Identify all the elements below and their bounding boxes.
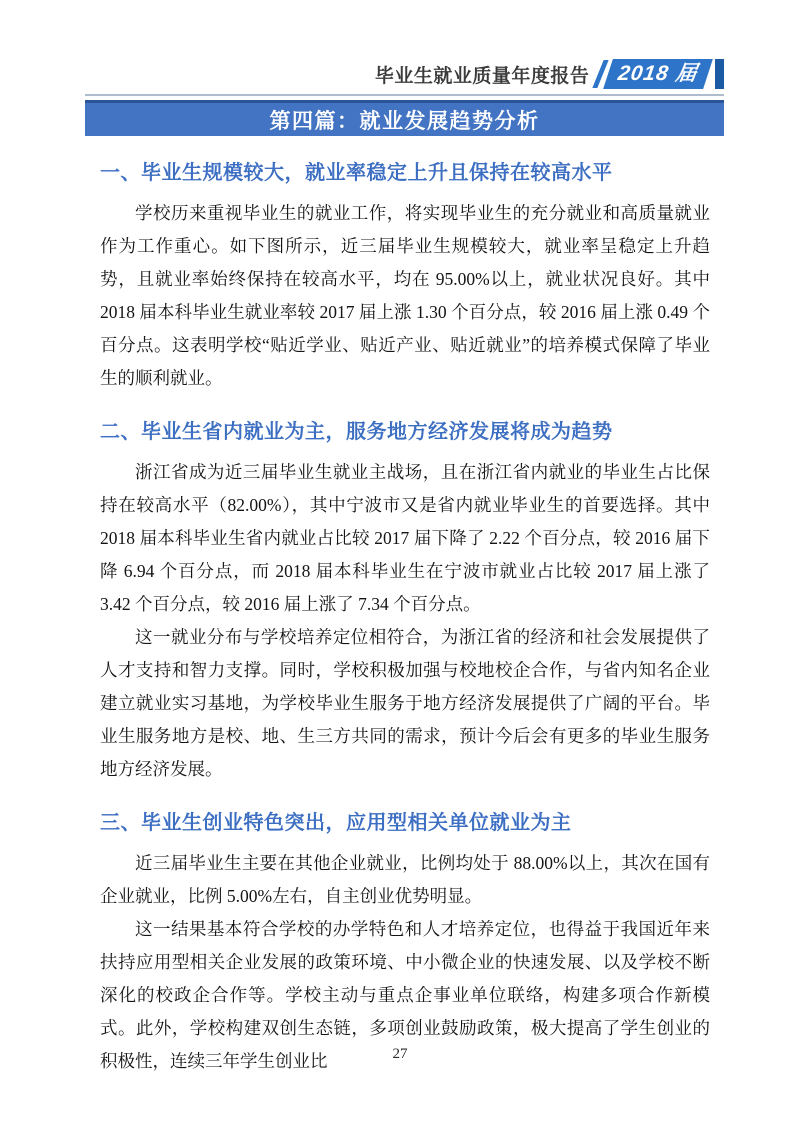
- section-heading: 一、毕业生规模较大，就业率稳定上升且保持在较高水平: [100, 161, 710, 186]
- header-end-bar-icon: [715, 59, 724, 89]
- report-page: 毕业生就业质量年度报告 2018 届 第四篇：就业发展趋势分析 一、毕业生规模较…: [0, 0, 800, 1133]
- page-footer: 27: [0, 1045, 800, 1063]
- paragraph: 这一就业分布与学校培养定位相符合，为浙江省的经济和社会发展提供了人才支持和智力支…: [100, 621, 710, 786]
- header-title: 毕业生就业质量年度报告: [375, 61, 590, 88]
- year-badge: 2018 届: [604, 59, 713, 89]
- section-provincial-employment: 二、毕业生省内就业为主，服务地方经济发展将成为趋势 浙江省成为近三届毕业生就业主…: [100, 420, 710, 786]
- section-heading: 三、毕业生创业特色突出，应用型相关单位就业为主: [100, 811, 710, 836]
- page-number: 27: [393, 1046, 408, 1062]
- header-rule: [85, 94, 724, 96]
- section-heading: 二、毕业生省内就业为主，服务地方经济发展将成为趋势: [100, 420, 710, 445]
- page-header: 毕业生就业质量年度报告 2018 届: [85, 58, 724, 90]
- section-entrepreneurship: 三、毕业生创业特色突出，应用型相关单位就业为主 近三届毕业生主要在其他企业就业，…: [100, 811, 710, 1078]
- chapter-banner-title: 第四篇：就业发展趋势分析: [270, 105, 540, 135]
- year-badge-text: 2018 届: [617, 60, 701, 87]
- paragraph: 浙江省成为近三届毕业生就业主战场，且在浙江省内就业的毕业生占比保持在较高水平（8…: [100, 456, 710, 621]
- chapter-banner: 第四篇：就业发展趋势分析: [85, 100, 724, 136]
- paragraph: 近三届毕业生主要在其他企业就业，比例均处于 88.00%以上，其次在国有企业就业…: [100, 847, 710, 913]
- section-employment-rate: 一、毕业生规模较大，就业率稳定上升且保持在较高水平 学校历来重视毕业生的就业工作…: [100, 161, 710, 395]
- paragraph: 学校历来重视毕业生的就业工作，将实现毕业生的充分就业和高质量就业作为工作重心。如…: [100, 197, 710, 395]
